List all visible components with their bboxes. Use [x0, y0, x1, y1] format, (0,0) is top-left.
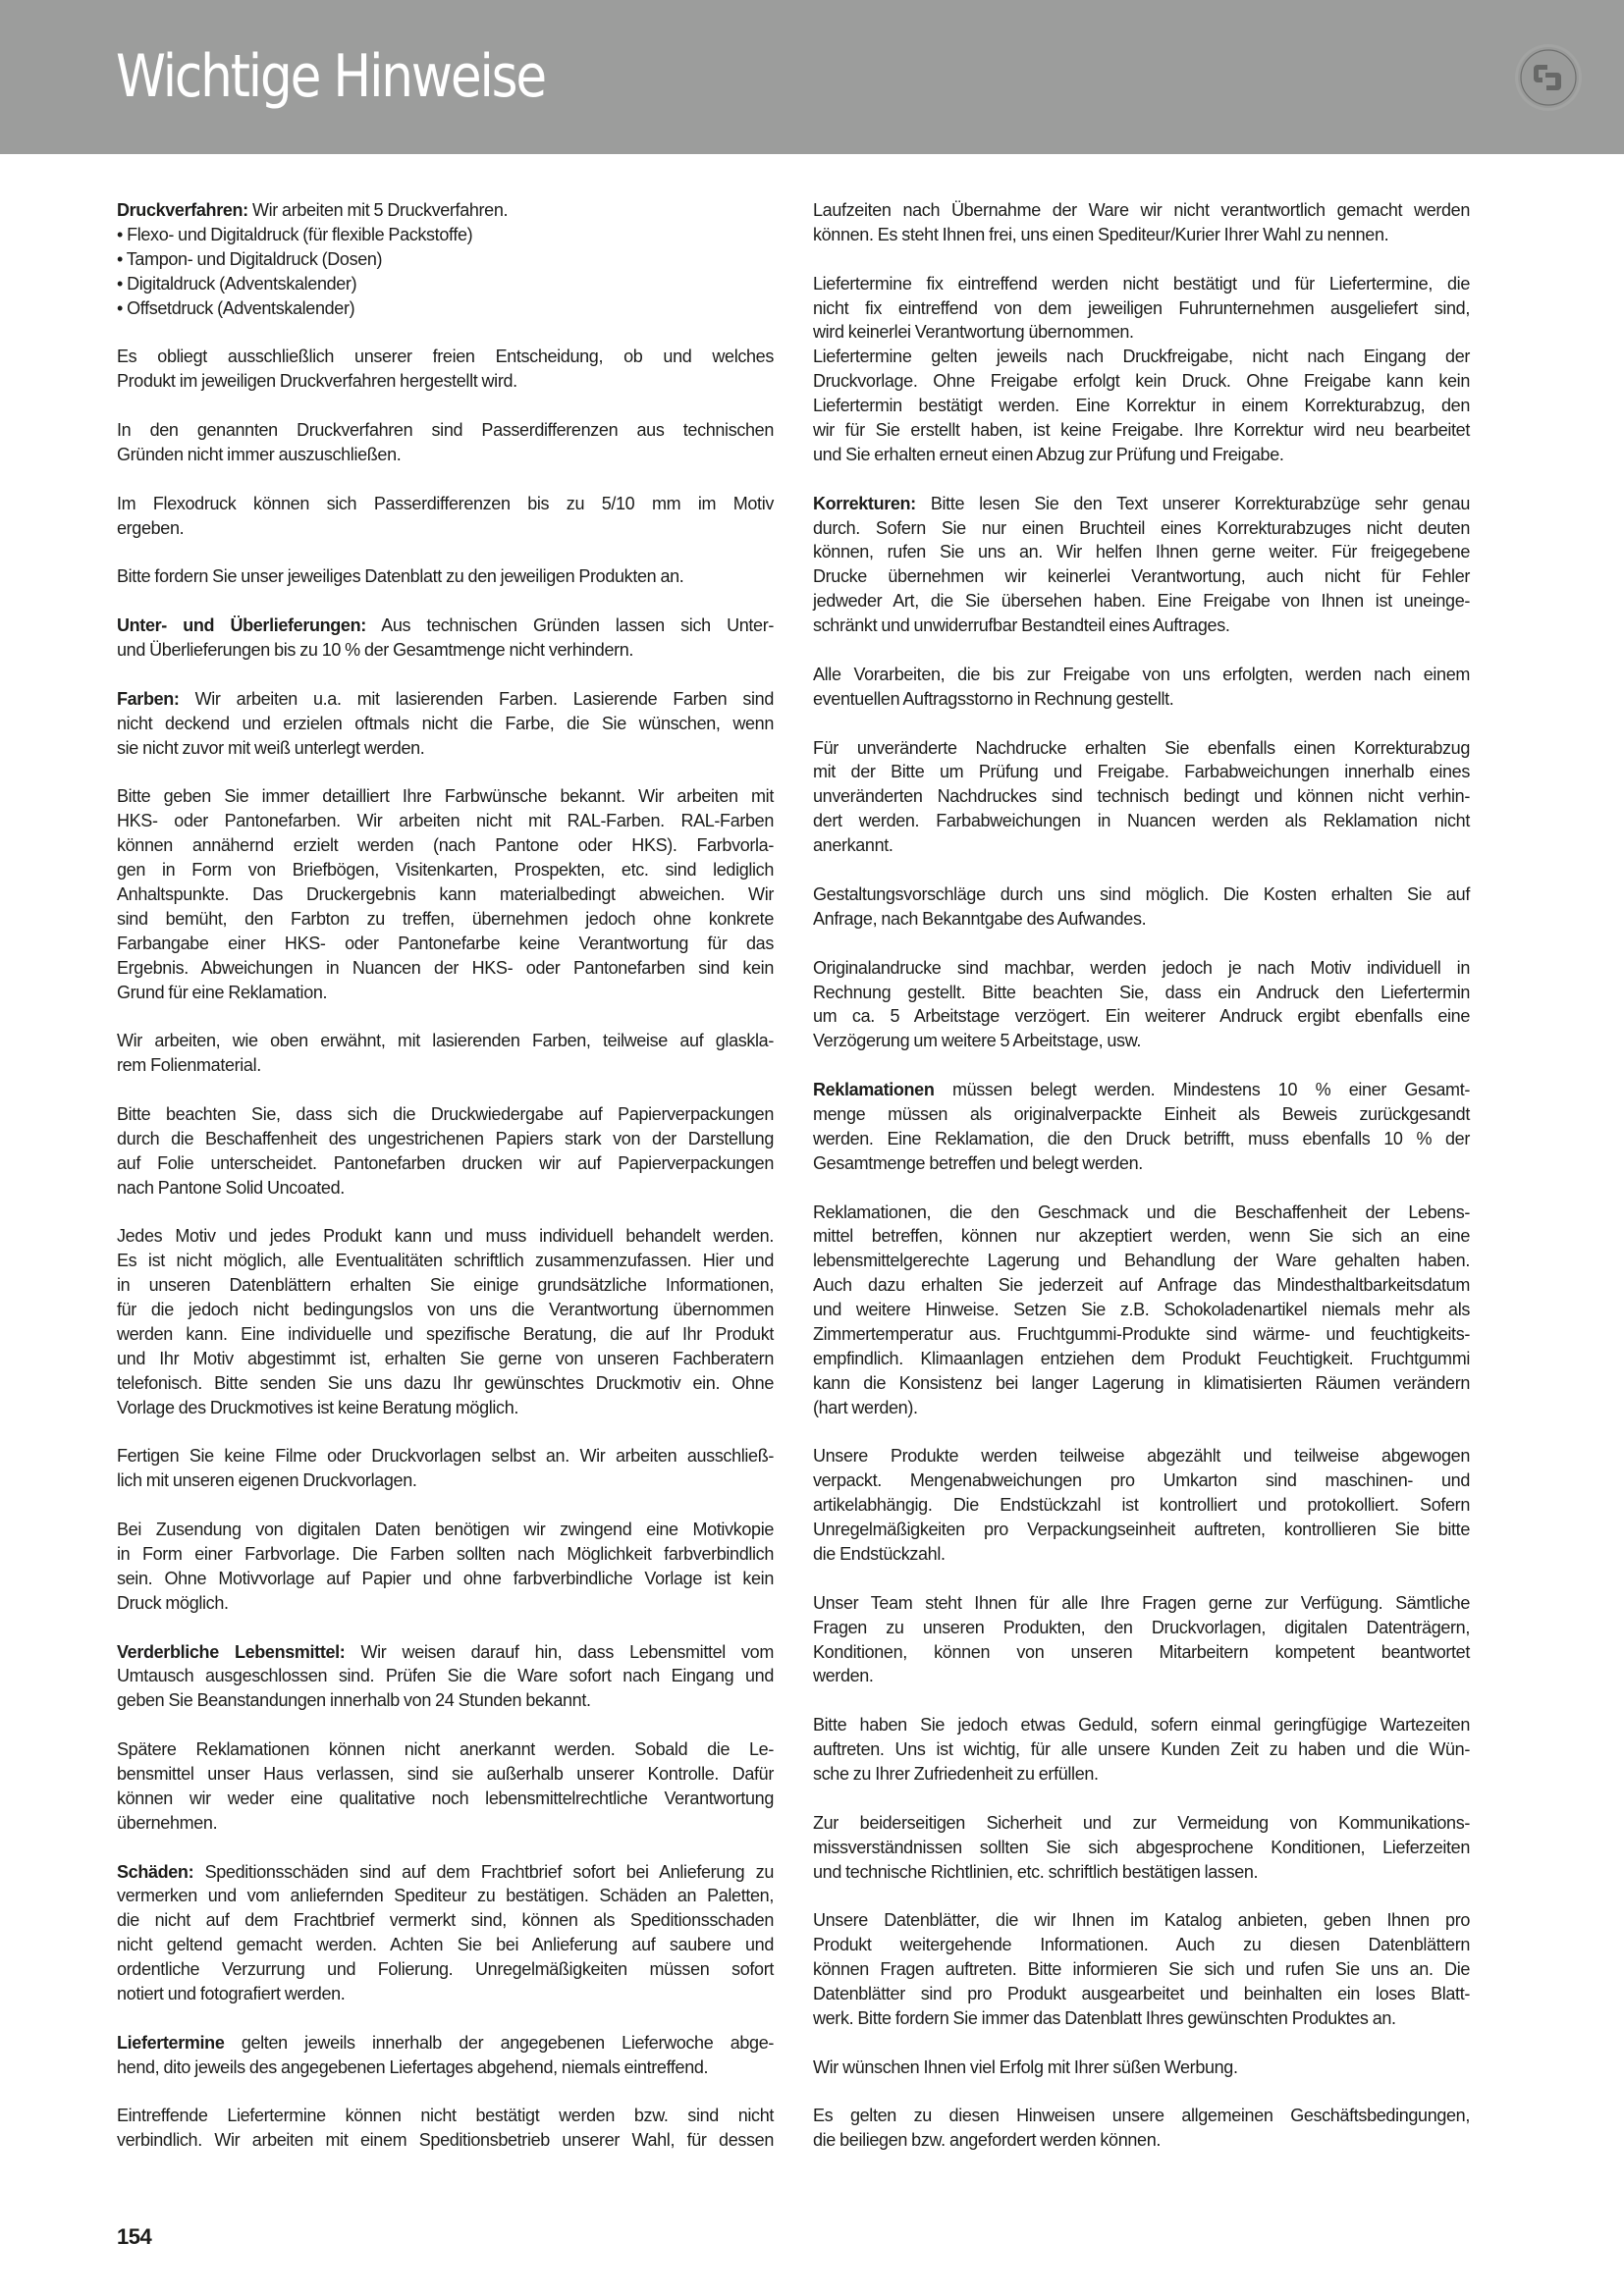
text-line: • Digitaldruck (Adventskalender) — [117, 272, 774, 296]
text-line: Bei Zusendung von digitalen Daten benöti… — [117, 1518, 774, 1542]
line-text: die nicht auf dem Frachtbrief vermerkt s… — [117, 1910, 774, 1930]
line-text: übernehmen. — [117, 1813, 217, 1833]
paragraph-lead: Liefertermine — [117, 2033, 225, 2053]
paragraph-lead: Unter- und Überlieferungen: — [117, 615, 366, 635]
text-line: Vorlage des Druckmotives ist keine Berat… — [117, 1396, 774, 1420]
line-text: können wir weder eine qualitative noch l… — [117, 1789, 774, 1808]
text-line: Druck möglich. — [117, 1591, 774, 1616]
page-number: 154 — [117, 2224, 151, 2250]
line-text: telefonisch. Bitte senden Sie uns dazu I… — [117, 1373, 774, 1393]
line-text: Bitte haben Sie jedoch etwas Geduld, sof… — [813, 1715, 1470, 1735]
line-text: artikelabhängig. Die Endstückzahl ist ko… — [813, 1495, 1470, 1515]
text-line: schränkt und unwiderrufbar Bestandteil e… — [813, 614, 1470, 638]
text-line: werden. — [813, 1664, 1470, 1688]
text-line: Farbangabe einer HKS- oder Pantonefarbe … — [117, 932, 774, 956]
paragraph: Unsere Produkte werden teilweise abgezäh… — [813, 1444, 1470, 1566]
line-text: empfindlich. Klimaanlagen entziehen dem … — [813, 1349, 1470, 1368]
text-line: können, rufen Sie uns an. Wir helfen Ihn… — [813, 540, 1470, 564]
text-line: ergeben. — [117, 516, 774, 541]
paragraph: Farben: Wir arbeiten u.a. mit lasierende… — [117, 687, 774, 761]
text-line: HKS- oder Pantonefarben. Wir arbeiten ni… — [117, 809, 774, 833]
line-text: nicht fix eintreffend von dem jeweiligen… — [813, 298, 1470, 318]
text-line: notiert und fotografiert werden. — [117, 1982, 774, 2006]
text-line: sind bemüht, den Farbton zu treffen, übe… — [117, 907, 774, 932]
text-line: nicht fix eintreffend von dem jeweiligen… — [813, 296, 1470, 321]
text-line: lebensmittelgerechte Lagerung und Behand… — [813, 1249, 1470, 1273]
text-line: können. Es steht Ihnen frei, uns einen S… — [813, 223, 1470, 247]
line-text: werden kann. Eine individuelle und spezi… — [117, 1324, 774, 1344]
text-line: in Form einer Farbvorlage. Die Farben so… — [117, 1542, 774, 1567]
page-title: Wichtige Hinweise — [116, 37, 545, 116]
text-line: auftreten. Uns ist wichtig, für alle uns… — [813, 1737, 1470, 1762]
text-line: Fragen zu unseren Produkten, den Druckvo… — [813, 1616, 1470, 1640]
text-line: Es ist nicht möglich, alle Eventualitäte… — [117, 1249, 774, 1273]
text-line: Bitte geben Sie immer detailliert Ihre F… — [117, 784, 774, 809]
line-text: Produkt weitergehende Informationen. Auc… — [813, 1935, 1470, 1954]
line-text: gelten jeweils innerhalb der angegebenen… — [225, 2033, 775, 2053]
line-text: Bitte beachten Sie, dass sich die Druckw… — [117, 1104, 774, 1124]
line-text: auftreten. Uns ist wichtig, für alle uns… — [813, 1739, 1470, 1759]
line-text: nach Pantone Solid Uncoated. — [117, 1178, 345, 1198]
paragraph: Verderbliche Lebensmittel: Wir weisen da… — [117, 1640, 774, 1714]
text-line: Bitte haben Sie jedoch etwas Geduld, sof… — [813, 1713, 1470, 1737]
line-text: notiert und fotografiert werden. — [117, 1984, 345, 2003]
line-text: schränkt und unwiderrufbar Bestandteil e… — [813, 615, 1230, 635]
text-line: geben Sie Beanstandungen innerhalb von 2… — [117, 1688, 774, 1713]
line-text: und Überlieferungen bis zu 10 % der Gesa… — [117, 640, 633, 660]
text-line: nach Pantone Solid Uncoated. — [117, 1176, 774, 1201]
text-line: Verderbliche Lebensmittel: Wir weisen da… — [117, 1640, 774, 1665]
line-text: Grund für eine Reklamation. — [117, 983, 327, 1002]
line-text: sche zu Ihrer Zufriedenheit zu erfüllen. — [813, 1764, 1099, 1784]
text-line: Druckvorlage. Ohne Freigabe erfolgt kein… — [813, 369, 1470, 394]
line-text: Reklamationen, die den Geschmack und die… — [813, 1202, 1470, 1222]
line-text: Wir arbeiten, wie oben erwähnt, mit lasi… — [117, 1031, 774, 1050]
text-line: Auch dazu erhalten Sie jederzeit auf Anf… — [813, 1273, 1470, 1298]
line-text: Unsere Datenblätter, die wir Ihnen im Ka… — [813, 1910, 1470, 1930]
text-line: bensmittel unser Haus verlassen, sind si… — [117, 1762, 774, 1787]
line-text: Umtausch ausgeschlossen sind. Prüfen Sie… — [117, 1666, 774, 1685]
text-line: vermerken und vom anliefernden Spediteur… — [117, 1884, 774, 1908]
line-text: Bitte fordern Sie unser jeweiliges Daten… — [117, 566, 683, 586]
gd-logo-icon — [1518, 47, 1579, 108]
left-column: Druckverfahren: Wir arbeiten mit 5 Druck… — [117, 198, 774, 2177]
text-line: und Überlieferungen bis zu 10 % der Gesa… — [117, 638, 774, 663]
line-text: missverständnissen sollten Sie sich abge… — [813, 1838, 1470, 1857]
text-line: mit der Bitte um Prüfung und Freigabe. F… — [813, 760, 1470, 784]
text-line: Wir wünschen Ihnen viel Erfolg mit Ihrer… — [813, 2056, 1470, 2080]
text-line: Produkt im jeweiligen Druckverfahren her… — [117, 369, 774, 394]
text-line: eventuellen Auftragsstorno in Rechnung g… — [813, 687, 1470, 712]
paragraph: Korrekturen: Bitte lesen Sie den Text un… — [813, 492, 1470, 638]
text-line: Grund für eine Reklamation. — [117, 981, 774, 1005]
paragraph: Es gelten zu diesen Hinweisen unsere all… — [813, 2104, 1470, 2153]
line-text: Wir arbeiten u.a. mit lasierenden Farben… — [180, 689, 774, 709]
text-line: Anfrage, nach Bekanntgabe des Aufwandes. — [813, 907, 1470, 932]
line-text: Zur beiderseitigen Sicherheit und zur Ve… — [813, 1813, 1470, 1833]
text-line: Liefertermine gelten jeweils nach Druckf… — [813, 345, 1470, 369]
line-text: und technische Richtlinien, etc. schrift… — [813, 1862, 1258, 1882]
line-text: lich mit unseren eigenen Druckvorlagen. — [117, 1470, 417, 1490]
line-text: Verzögerung um weitere 5 Arbeitstage, us… — [813, 1031, 1141, 1050]
line-text: auf Folie unterscheidet. Pantonefarben d… — [117, 1153, 774, 1173]
text-line: Ergebnis. Abweichungen in Nuancen der HK… — [117, 956, 774, 981]
line-text: Es gelten zu diesen Hinweisen unsere all… — [813, 2106, 1470, 2125]
line-text: Unser Team steht Ihnen für alle Ihre Fra… — [813, 1593, 1470, 1613]
line-text: Anhaltspunkte. Das Druckergebnis kann ma… — [117, 884, 774, 904]
line-text: Wir arbeiten mit 5 Druckverfahren. — [248, 200, 508, 220]
line-text: Liefertermine fix eintreffend werden nic… — [813, 274, 1470, 294]
paragraph: Fertigen Sie keine Filme oder Druckvorla… — [117, 1444, 774, 1493]
line-text: bensmittel unser Haus verlassen, sind si… — [117, 1764, 774, 1784]
text-line: Es gelten zu diesen Hinweisen unsere all… — [813, 2104, 1470, 2128]
line-text: Konditionen, können von unseren Mitarbei… — [813, 1642, 1470, 1662]
line-text: durch. Sofern Sie nur einen Bruchteil ei… — [813, 518, 1470, 538]
line-text: kann die Konsistenz bei langer Lagerung … — [813, 1373, 1470, 1393]
line-text: sein. Ohne Motivvorlage auf Papier und o… — [117, 1569, 774, 1588]
text-line: • Offsetdruck (Adventskalender) — [117, 296, 774, 321]
line-text: werden. Eine Reklamation, die den Druck … — [813, 1129, 1470, 1148]
paragraph: Liefertermine fix eintreffend werden nic… — [813, 272, 1470, 346]
text-line: in unseren Datenblättern erhalten Sie ei… — [117, 1273, 774, 1298]
line-text: Farbangabe einer HKS- oder Pantonefarbe … — [117, 934, 774, 953]
text-line: Bitte beachten Sie, dass sich die Druckw… — [117, 1102, 774, 1127]
line-text: Bitte geben Sie immer detailliert Ihre F… — [117, 786, 774, 806]
line-text: in unseren Datenblättern erhalten Sie ei… — [117, 1275, 774, 1295]
paragraph: Unsere Datenblätter, die wir Ihnen im Ka… — [813, 1908, 1470, 2030]
line-text: gen in Form von Briefbögen, Visitenkarte… — [117, 860, 774, 880]
line-text: Originalandrucke sind machbar, werden je… — [813, 958, 1470, 978]
text-line: mittel betreffen, können nur akzeptiert … — [813, 1224, 1470, 1249]
text-line: artikelabhängig. Die Endstückzahl ist ko… — [813, 1493, 1470, 1518]
paragraph: Bei Zusendung von digitalen Daten benöti… — [117, 1518, 774, 1616]
line-text: Unregelmäßigkeiten pro Verpackungseinhei… — [813, 1520, 1470, 1539]
line-text: werk. Bitte fordern Sie immer das Datenb… — [813, 2008, 1396, 2028]
text-line: die Endstückzahl. — [813, 1542, 1470, 1567]
line-text: können annähernd erzielt werden (nach Pa… — [117, 835, 774, 855]
paragraph-lead: Korrekturen: — [813, 494, 916, 513]
text-line: Gründen nicht immer auszuschließen. — [117, 443, 774, 467]
text-line: Reklamationen, die den Geschmack und die… — [813, 1201, 1470, 1225]
text-line: jedweder Art, die Sie übersehen haben. E… — [813, 589, 1470, 614]
text-line: Umtausch ausgeschlossen sind. Prüfen Sie… — [117, 1664, 774, 1688]
line-text: und weitere Hinweise. Setzen Sie z.B. Sc… — [813, 1300, 1470, 1319]
line-text: Aus technischen Gründen lassen sich Unte… — [366, 615, 774, 635]
line-text: nicht geltend gemacht werden. Achten Sie… — [117, 1935, 774, 1954]
line-text: vermerken und vom anliefernden Spediteur… — [117, 1886, 774, 1905]
paragraph: Unser Team steht Ihnen für alle Ihre Fra… — [813, 1591, 1470, 1689]
text-line: Eintreffende Liefertermine können nicht … — [117, 2104, 774, 2128]
text-line: und Ihr Motiv abgestimmt ist, erhalten S… — [117, 1347, 774, 1371]
line-text: die Endstückzahl. — [813, 1544, 946, 1564]
paragraph: Unter- und Überlieferungen: Aus technisc… — [117, 614, 774, 663]
text-line: empfindlich. Klimaanlagen entziehen dem … — [813, 1347, 1470, 1371]
line-text: in Form einer Farbvorlage. Die Farben so… — [117, 1544, 774, 1564]
line-text: • Flexo- und Digitaldruck (für flexible … — [117, 225, 472, 244]
text-line: unveränderten Nachdruckes sind technisch… — [813, 784, 1470, 809]
paragraph: Bitte fordern Sie unser jeweiliges Daten… — [117, 564, 774, 589]
text-line: und weitere Hinweise. Setzen Sie z.B. Sc… — [813, 1298, 1470, 1322]
line-text: In den genannten Druckverfahren sind Pas… — [117, 420, 774, 440]
text-line: werden kann. Eine individuelle und spezi… — [117, 1322, 774, 1347]
line-text: eventuellen Auftragsstorno in Rechnung g… — [813, 689, 1173, 709]
text-line: Gestaltungsvorschläge durch uns sind mög… — [813, 882, 1470, 907]
text-line: Unsere Datenblätter, die wir Ihnen im Ka… — [813, 1908, 1470, 1933]
line-text: um ca. 5 Arbeitstage verzögert. Ein weit… — [813, 1006, 1470, 1026]
text-line: Druckverfahren: Wir arbeiten mit 5 Druck… — [117, 198, 774, 223]
line-text: verbindlich. Wir arbeiten mit einem Sped… — [117, 2130, 774, 2150]
paragraph: Bitte geben Sie immer detailliert Ihre F… — [117, 784, 774, 1004]
line-text: geben Sie Beanstandungen innerhalb von 2… — [117, 1690, 591, 1710]
line-text: Rechnung gestellt. Bitte beachten Sie, d… — [813, 983, 1470, 1002]
text-line: können wir weder eine qualitative noch l… — [117, 1787, 774, 1811]
line-text: durch die Beschaffenheit des ungestriche… — [117, 1129, 774, 1148]
line-text: • Digitaldruck (Adventskalender) — [117, 274, 356, 294]
text-line: Konditionen, können von unseren Mitarbei… — [813, 1640, 1470, 1665]
line-text: mit der Bitte um Prüfung und Freigabe. F… — [813, 762, 1470, 781]
line-text: menge müssen als originalverpackte Einhe… — [813, 1104, 1470, 1124]
paragraph: Laufzeiten nach Übernahme der Ware wir n… — [813, 198, 1470, 247]
paragraph-lead: Schäden: — [117, 1862, 193, 1882]
line-text: Wir weisen darauf hin, dass Lebensmittel… — [345, 1642, 774, 1662]
text-line: telefonisch. Bitte senden Sie uns dazu I… — [117, 1371, 774, 1396]
paragraph: Liefertermine gelten jeweils innerhalb d… — [117, 2031, 774, 2080]
text-line: nicht geltend gemacht werden. Achten Sie… — [117, 1933, 774, 1957]
text-line: können Fragen auftreten. Bitte informier… — [813, 1957, 1470, 1982]
line-text: und Ihr Motiv abgestimmt ist, erhalten S… — [117, 1349, 774, 1368]
text-line: Zur beiderseitigen Sicherheit und zur Ve… — [813, 1811, 1470, 1836]
text-line: Spätere Reklamationen können nicht anerk… — [117, 1737, 774, 1762]
line-text: verpackt. Mengenabweichungen pro Umkarto… — [813, 1470, 1470, 1490]
text-line: die beiliegen bzw. angefordert werden kö… — [813, 2128, 1470, 2153]
line-text: lebensmittelgerechte Lagerung und Behand… — [813, 1251, 1470, 1270]
paragraph: Spätere Reklamationen können nicht anerk… — [117, 1737, 774, 1836]
text-line: Schäden: Speditionsschäden sind auf dem … — [117, 1860, 774, 1885]
line-text: die beiliegen bzw. angefordert werden kö… — [813, 2130, 1161, 2150]
paragraph: Eintreffende Liefertermine können nicht … — [117, 2104, 774, 2153]
paragraph-lead: Druckverfahren: — [117, 200, 248, 220]
line-text: sind bemüht, den Farbton zu treffen, übe… — [117, 909, 774, 929]
line-text: Liefertermine gelten jeweils nach Druckf… — [813, 347, 1470, 366]
line-text: HKS- oder Pantonefarben. Wir arbeiten ni… — [117, 811, 774, 830]
gd-logo-glyph-icon — [1518, 47, 1579, 108]
line-text: (hart werden). — [813, 1398, 918, 1417]
text-line: wird keinerlei Verantwortung übernommen. — [813, 320, 1470, 345]
line-text: Laufzeiten nach Übernahme der Ware wir n… — [813, 200, 1470, 220]
text-line: übernehmen. — [117, 1811, 774, 1836]
text-line: menge müssen als originalverpackte Einhe… — [813, 1102, 1470, 1127]
text-line: verbindlich. Wir arbeiten mit einem Sped… — [117, 2128, 774, 2153]
text-line: sein. Ohne Motivvorlage auf Papier und o… — [117, 1567, 774, 1591]
line-text: Datenblätter sind pro Produkt ausgearbei… — [813, 1984, 1470, 2003]
text-line: Bitte fordern Sie unser jeweiliges Daten… — [117, 564, 774, 589]
paragraph: Druckverfahren: Wir arbeiten mit 5 Druck… — [117, 198, 774, 320]
line-text: Jedes Motiv und jedes Produkt kann und m… — [117, 1226, 774, 1246]
line-text: Im Flexodruck können sich Passerdifferen… — [117, 494, 774, 513]
text-line: die nicht auf dem Frachtbrief vermerkt s… — [117, 1908, 774, 1933]
line-text: Gesamtmenge betreffen und belegt werden. — [813, 1153, 1143, 1173]
line-text: jedweder Art, die Sie übersehen haben. E… — [813, 591, 1470, 611]
text-line: Jedes Motiv und jedes Produkt kann und m… — [117, 1224, 774, 1249]
text-line: Produkt weitergehende Informationen. Auc… — [813, 1933, 1470, 1957]
paragraph: In den genannten Druckverfahren sind Pas… — [117, 418, 774, 467]
paragraph: Schäden: Speditionsschäden sind auf dem … — [117, 1860, 774, 2006]
text-line: dert werden. Farbabweichungen in Nuancen… — [813, 809, 1470, 833]
text-line: Zimmertemperatur aus. Fruchtgummi-Produk… — [813, 1322, 1470, 1347]
paragraph: Bitte haben Sie jedoch etwas Geduld, sof… — [813, 1713, 1470, 1787]
text-line: Drucke übernehmen wir keinerlei Verantwo… — [813, 564, 1470, 589]
text-line: • Tampon- und Digitaldruck (Dosen) — [117, 247, 774, 272]
line-text: Produkt im jeweiligen Druckverfahren her… — [117, 371, 517, 391]
text-line: Unter- und Überlieferungen: Aus technisc… — [117, 614, 774, 638]
line-text: können. Es steht Ihnen frei, uns einen S… — [813, 225, 1388, 244]
text-line: Fertigen Sie keine Filme oder Druckvorla… — [117, 1444, 774, 1468]
line-text: Fertigen Sie keine Filme oder Druckvorla… — [117, 1446, 774, 1466]
line-text: Wir wünschen Ihnen viel Erfolg mit Ihrer… — [813, 2057, 1238, 2077]
paragraph: Gestaltungsvorschläge durch uns sind mög… — [813, 882, 1470, 932]
paragraph: Wir wünschen Ihnen viel Erfolg mit Ihrer… — [813, 2056, 1470, 2080]
text-line: durch die Beschaffenheit des ungestriche… — [117, 1127, 774, 1151]
line-text: Es obliegt ausschließlich unserer freien… — [117, 347, 774, 366]
text-line: Reklamationen müssen belegt werden. Mind… — [813, 1078, 1470, 1102]
text-line: Unregelmäßigkeiten pro Verpackungseinhei… — [813, 1518, 1470, 1542]
paragraph: Alle Vorarbeiten, die bis zur Freigabe v… — [813, 663, 1470, 712]
text-line: wir für Sie erstellt haben, ist keine Fr… — [813, 418, 1470, 443]
line-text: Druckvorlage. Ohne Freigabe erfolgt kein… — [813, 371, 1470, 391]
text-line: Verzögerung um weitere 5 Arbeitstage, us… — [813, 1029, 1470, 1053]
text-line: werk. Bitte fordern Sie immer das Datenb… — [813, 2006, 1470, 2031]
paragraph-lead: Farben: — [117, 689, 180, 709]
text-line: sche zu Ihrer Zufriedenheit zu erfüllen. — [813, 1762, 1470, 1787]
text-line: sie nicht zuvor mit weiß unterlegt werde… — [117, 736, 774, 761]
text-line: lich mit unseren eigenen Druckvorlagen. — [117, 1468, 774, 1493]
paragraph: Bitte beachten Sie, dass sich die Druckw… — [117, 1102, 774, 1201]
text-line: um ca. 5 Arbeitstage verzögert. Ein weit… — [813, 1004, 1470, 1029]
line-text: Zimmertemperatur aus. Fruchtgummi-Produk… — [813, 1324, 1470, 1344]
line-text: werden. — [813, 1666, 874, 1685]
text-line: Unsere Produkte werden teilweise abgezäh… — [813, 1444, 1470, 1468]
paragraph: Wir arbeiten, wie oben erwähnt, mit lasi… — [117, 1029, 774, 1078]
paragraph: Reklamationen müssen belegt werden. Mind… — [813, 1078, 1470, 1176]
text-line: können annähernd erzielt werden (nach Pa… — [117, 833, 774, 858]
line-text: Anfrage, nach Bekanntgabe des Aufwandes. — [813, 909, 1146, 929]
line-text: für die jedoch nicht bedingungslos von u… — [117, 1300, 774, 1319]
line-text: rem Folienmaterial. — [117, 1055, 261, 1075]
line-text: sie nicht zuvor mit weiß unterlegt werde… — [117, 738, 424, 758]
line-text: anerkannt. — [813, 835, 893, 855]
line-text: • Tampon- und Digitaldruck (Dosen) — [117, 249, 382, 269]
text-line: Im Flexodruck können sich Passerdifferen… — [117, 492, 774, 516]
line-text: dert werden. Farbabweichungen in Nuancen… — [813, 811, 1470, 830]
text-line: (hart werden). — [813, 1396, 1470, 1420]
text-line: ordentliche Verzurrung und Folierung. Un… — [117, 1957, 774, 1982]
paragraph: Es obliegt ausschließlich unserer freien… — [117, 345, 774, 394]
line-text: müssen belegt werden. Mindestens 10 % ei… — [935, 1080, 1471, 1099]
line-text: Bei Zusendung von digitalen Daten benöti… — [117, 1520, 774, 1539]
text-line: Es obliegt ausschließlich unserer freien… — [117, 345, 774, 369]
text-line: In den genannten Druckverfahren sind Pas… — [117, 418, 774, 443]
line-text: Ergebnis. Abweichungen in Nuancen der HK… — [117, 958, 774, 978]
text-line: Rechnung gestellt. Bitte beachten Sie, d… — [813, 981, 1470, 1005]
text-line: und technische Richtlinien, etc. schrift… — [813, 1860, 1470, 1885]
paragraph: Für unveränderte Nachdrucke erhalten Sie… — [813, 736, 1470, 858]
line-text: Es ist nicht möglich, alle Eventualitäte… — [117, 1251, 774, 1270]
text-line: Liefertermine fix eintreffend werden nic… — [813, 272, 1470, 296]
line-text: Gestaltungsvorschläge durch uns sind mög… — [813, 884, 1470, 904]
line-text: • Offsetdruck (Adventskalender) — [117, 298, 354, 318]
line-text: wird keinerlei Verantwortung übernommen. — [813, 322, 1134, 342]
text-line: Anhaltspunkte. Das Druckergebnis kann ma… — [117, 882, 774, 907]
line-text: Bitte lesen Sie den Text unserer Korrekt… — [916, 494, 1470, 513]
text-line: Farben: Wir arbeiten u.a. mit lasierende… — [117, 687, 774, 712]
text-line: Liefertermin bestätigt werden. Eine Korr… — [813, 394, 1470, 418]
text-line: und Sie erhalten erneut einen Abzug zur … — [813, 443, 1470, 467]
line-text: und Sie erhalten erneut einen Abzug zur … — [813, 445, 1284, 464]
text-line: kann die Konsistenz bei langer Lagerung … — [813, 1371, 1470, 1396]
text-line: missverständnissen sollten Sie sich abge… — [813, 1836, 1470, 1860]
text-line: anerkannt. — [813, 833, 1470, 858]
text-line: verpackt. Mengenabweichungen pro Umkarto… — [813, 1468, 1470, 1493]
paragraph: Originalandrucke sind machbar, werden je… — [813, 956, 1470, 1054]
line-text: Fragen zu unseren Produkten, den Druckvo… — [813, 1618, 1470, 1637]
text-line: hend, dito jeweils des angegebenen Liefe… — [117, 2056, 774, 2080]
text-line: Korrekturen: Bitte lesen Sie den Text un… — [813, 492, 1470, 516]
text-line: Datenblätter sind pro Produkt ausgearbei… — [813, 1982, 1470, 2006]
line-text: Für unveränderte Nachdrucke erhalten Sie… — [813, 738, 1470, 758]
line-text: ergeben. — [117, 518, 184, 538]
paragraph-lead: Verderbliche Lebensmittel: — [117, 1642, 345, 1662]
line-text: wir für Sie erstellt haben, ist keine Fr… — [813, 420, 1470, 440]
line-text: Druck möglich. — [117, 1593, 229, 1613]
line-text: können, rufen Sie uns an. Wir helfen Ihn… — [813, 542, 1470, 561]
paragraph-lead: Reklamationen — [813, 1080, 935, 1099]
line-text: Drucke übernehmen wir keinerlei Verantwo… — [813, 566, 1470, 586]
paragraph: Zur beiderseitigen Sicherheit und zur Ve… — [813, 1811, 1470, 1885]
text-line: Unser Team steht Ihnen für alle Ihre Fra… — [813, 1591, 1470, 1616]
text-line: Für unveränderte Nachdrucke erhalten Sie… — [813, 736, 1470, 761]
line-text: Spätere Reklamationen können nicht anerk… — [117, 1739, 774, 1759]
line-text: nicht deckend und erzielen oftmals nicht… — [117, 714, 774, 733]
text-line: werden. Eine Reklamation, die den Druck … — [813, 1127, 1470, 1151]
line-text: Alle Vorarbeiten, die bis zur Freigabe v… — [813, 665, 1470, 684]
line-text: Speditionsschäden sind auf dem Frachtbri… — [193, 1862, 774, 1882]
line-text: unveränderten Nachdruckes sind technisch… — [813, 786, 1470, 806]
line-text: Liefertermin bestätigt werden. Eine Korr… — [813, 396, 1470, 415]
line-text: Gründen nicht immer auszuschließen. — [117, 445, 401, 464]
text-line: Laufzeiten nach Übernahme der Ware wir n… — [813, 198, 1470, 223]
text-line: Originalandrucke sind machbar, werden je… — [813, 956, 1470, 981]
paragraph: Im Flexodruck können sich Passerdifferen… — [117, 492, 774, 541]
line-text: ordentliche Verzurrung und Folierung. Un… — [117, 1959, 774, 1979]
right-column: Laufzeiten nach Übernahme der Ware wir n… — [813, 198, 1470, 2177]
line-text: Vorlage des Druckmotives ist keine Berat… — [117, 1398, 518, 1417]
text-line: auf Folie unterscheidet. Pantonefarben d… — [117, 1151, 774, 1176]
text-line: • Flexo- und Digitaldruck (für flexible … — [117, 223, 774, 247]
page-header: Wichtige Hinweise — [0, 0, 1624, 154]
line-text: hend, dito jeweils des angegebenen Liefe… — [117, 2057, 708, 2077]
text-line: rem Folienmaterial. — [117, 1053, 774, 1078]
text-line: gen in Form von Briefbögen, Visitenkarte… — [117, 858, 774, 882]
text-line: Gesamtmenge betreffen und belegt werden. — [813, 1151, 1470, 1176]
line-text: können Fragen auftreten. Bitte informier… — [813, 1959, 1470, 1979]
text-line: für die jedoch nicht bedingungslos von u… — [117, 1298, 774, 1322]
line-text: Eintreffende Liefertermine können nicht … — [117, 2106, 774, 2125]
line-text: mittel betreffen, können nur akzeptiert … — [813, 1226, 1470, 1246]
text-line: Wir arbeiten, wie oben erwähnt, mit lasi… — [117, 1029, 774, 1053]
text-line: Liefertermine gelten jeweils innerhalb d… — [117, 2031, 774, 2056]
text-line: Alle Vorarbeiten, die bis zur Freigabe v… — [813, 663, 1470, 687]
line-text: Auch dazu erhalten Sie jederzeit auf Anf… — [813, 1275, 1470, 1295]
